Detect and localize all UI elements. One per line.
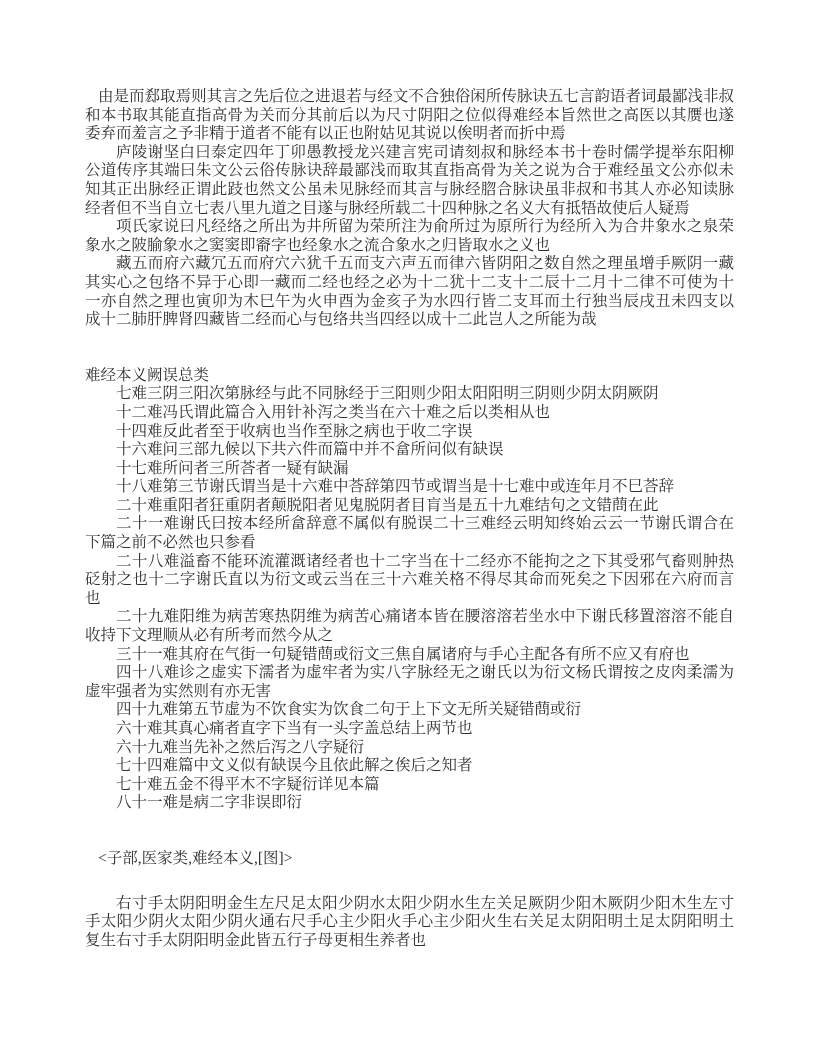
body-paragraph: 由是而郄取焉则其言之先后位之进退若与经文不合独俗闲所传脉诀五七言韵语者词最鄙浅非… [85, 88, 734, 144]
body-paragraph: 藏五而府六藏冗五而府穴六犹千五而支六声五而律六皆阴阳之数自然之理虽增手厥阴一藏其… [85, 255, 734, 329]
errata-item: 二十难重阳者狂重阴者颠脱阳者见鬼脱阴者目肓当是五十九难结句之文错蔄在此 [85, 497, 734, 516]
section-heading: 难经本义阙误总类 [85, 367, 734, 386]
errata-item: 四十八难诊之虚实下濡者为虚牢者为实八字脉经无之谢氏以为衍文杨氏谓按之皮肉柔濡为虚… [85, 664, 734, 701]
errata-item: 二十一难谢氏曰按本经所畣辞意不属似有脱误二十三难经云明知终始云云一节谢氏谓合在下… [85, 515, 734, 552]
errata-item: 七难三阴三阳次第脉经与此不同脉经于三阳则少阳太阳阳明三阴则少阴太阴厥阴 [85, 385, 734, 404]
body-paragraph: 庐陵谢坚白曰泰定四年丁卯愚教授龙兴建言宪司请刻叔和脉经本书十卷时儒学提举东阳柳公… [85, 144, 734, 218]
errata-item: 六十九难当先补之然后泻之八字疑衍 [85, 739, 734, 758]
body-paragraph: 项氏家说曰凡经络之所出为井所留为荣所注为俞所过为原所行为经所入为合井象水之泉荣象… [85, 218, 734, 255]
errata-item: 三十一难其府在气街一句疑错蔄或衍文三焦自属诸府与手心主配各有所不应又有府也 [85, 646, 734, 665]
errata-item: 二十九难阳维为病苦寒热阴维为病苦心痛诸本皆在腰溶溶若坐水中下谢氏移置溶溶不能自收… [85, 608, 734, 645]
errata-item: 十二难冯氏谓此篇合入用针补泻之类当在六十难之后以类相从也 [85, 404, 734, 423]
errata-item: 十八难第三节谢氏谓当是十六难中荅辞第四节或谓当是十七难中或连年月不巳荅辞 [85, 478, 734, 497]
errata-item: 四十九难第五节虚为不饮食实为饮食二句于上下文无所关疑错蔄或衍 [85, 701, 734, 720]
errata-item: 七十四难篇中文义似有缺误今且依此解之俟后之知者 [85, 757, 734, 776]
closing-paragraph: 右寸手太阴阳明金生左尺足太阳少阴水太阳少阴水生左关足厥阴少阳木厥阴少阳木生左寸手… [85, 895, 734, 951]
errata-item: 十七难所问者三所荅者一疑有缺漏 [85, 460, 734, 479]
errata-item: 二十八难溢畜不能环流灌溉诸经者也十二字当在十二经亦不能拘之之下其受邪气畜则肿热砭… [85, 553, 734, 609]
catalog-line: <子部,医家类,难经本义,[图]> [85, 850, 734, 869]
errata-item: 十六难问三部九候以下共六件而篇中并不畣所问似有缺误 [85, 441, 734, 460]
document-page: 由是而郄取焉则其言之先后位之进退若与经文不合独俗闲所传脉诀五七言韵语者词最鄙浅非… [0, 0, 816, 950]
errata-item: 七十难五金不得平木不字疑衍详见本篇 [85, 776, 734, 795]
errata-item: 八十一难是病二字非误即衍 [85, 794, 734, 813]
errata-item: 十四难反此者至于收病也当作至脉之病也于收二字误 [85, 423, 734, 442]
errata-item: 六十难其真心痛者直字下当有一头字盖总结上两节也 [85, 720, 734, 739]
